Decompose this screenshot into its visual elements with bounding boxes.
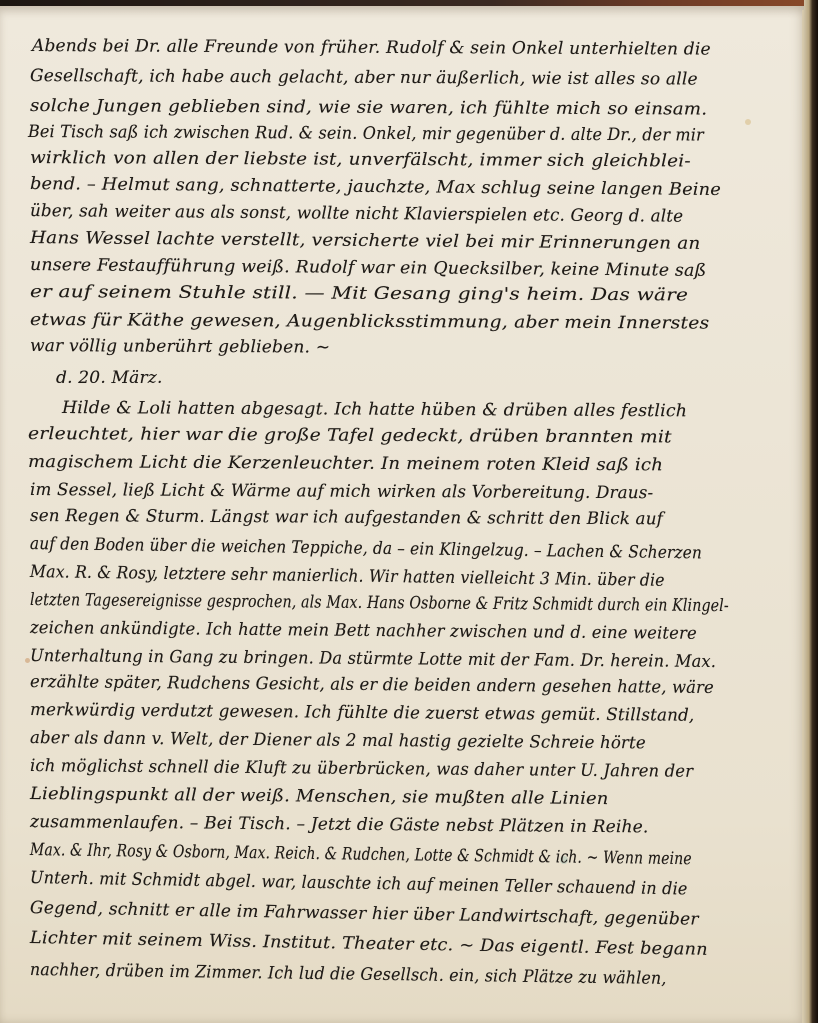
- text-line: Hilde & Loli hatten abgesagt. Ich hatte …: [62, 398, 687, 421]
- text-line: zusammenlaufen. – Bei Tisch. – Jetzt die…: [30, 812, 649, 837]
- text-line: war völlig unberührt geblieben. ~: [30, 336, 330, 358]
- text-line: wirklich von allen der liebste ist, unve…: [30, 148, 691, 171]
- text-line: Lieblingspunkt all der weiß. Menschen, s…: [30, 784, 609, 809]
- text-line: erleuchtet, hier war die große Tafel ged…: [28, 424, 672, 447]
- text-line: Unterhaltung in Gang zu bringen. Da stür…: [30, 646, 716, 672]
- text-line: aber als dann v. Welt, der Diener als 2 …: [30, 728, 646, 753]
- text-line: Gesellschaft, ich habe auch gelacht, abe…: [30, 66, 698, 89]
- text-line: etwas für Käthe gewesen, Augenblicksstim…: [30, 310, 709, 334]
- entry-date: d. 20. März.: [56, 368, 163, 388]
- text-line: unsere Festaufführung weiß. Rudolf war e…: [30, 255, 707, 281]
- text-line: ich möglichst schnell die Kluft zu überb…: [30, 756, 693, 782]
- book-spine: [804, 0, 818, 1023]
- text-line: Lichter mit seinem Wiss. Institut. Theat…: [30, 928, 708, 960]
- text-line: magischem Licht die Kerzenleuchter. In m…: [28, 452, 663, 475]
- handwritten-text: Abends bei Dr. alle Freunde von früher. …: [0, 6, 806, 1023]
- text-line: solche Jungen geblieben sind, wie sie wa…: [30, 96, 707, 120]
- text-line: Max. & Ihr, Rosy & Osborn, Max. Reich. &…: [30, 840, 692, 869]
- text-line: Hans Wessel lachte verstellt, versichert…: [30, 228, 701, 254]
- text-line: letzten Tagesereignisse gesprochen, als …: [30, 590, 729, 616]
- text-line: Unterh. mit Schmidt abgel. war, lauschte…: [30, 868, 688, 899]
- text-line: über, sah weiter aus als sonst, wollte n…: [30, 201, 683, 227]
- text-line: er auf seinem Stuhle still. — Mit Gesang…: [30, 282, 688, 305]
- text-line: bend. – Helmut sang, schnatterte, jauchz…: [30, 174, 721, 200]
- text-line: erzählte später, Rudchens Gesicht, als e…: [30, 672, 714, 698]
- diary-page: Abends bei Dr. alle Freunde von früher. …: [0, 6, 806, 1023]
- text-line: nachher, drüben im Zimmer. Ich lud die G…: [30, 960, 667, 989]
- text-line: sen Regen & Sturm. Längst war ich aufges…: [30, 506, 663, 529]
- text-line: Abends bei Dr. alle Freunde von früher. …: [32, 36, 711, 60]
- text-line: Gegend, schnitt er alle im Fahrwasser hi…: [30, 898, 699, 930]
- text-line: zeichen ankündigte. Ich hatte mein Bett …: [30, 618, 697, 644]
- text-line: im Sessel, ließ Licht & Wärme auf mich w…: [30, 480, 653, 503]
- text-line: Max. R. & Rosy, letztere sehr manierlich…: [30, 562, 665, 591]
- text-line: merkwürdig verdutzt gewesen. Ich fühlte …: [30, 700, 695, 726]
- text-line: Bei Tisch saß ich zwischen Rud. & sein. …: [28, 122, 704, 146]
- text-line: auf den Boden über die weichen Teppiche,…: [30, 534, 702, 563]
